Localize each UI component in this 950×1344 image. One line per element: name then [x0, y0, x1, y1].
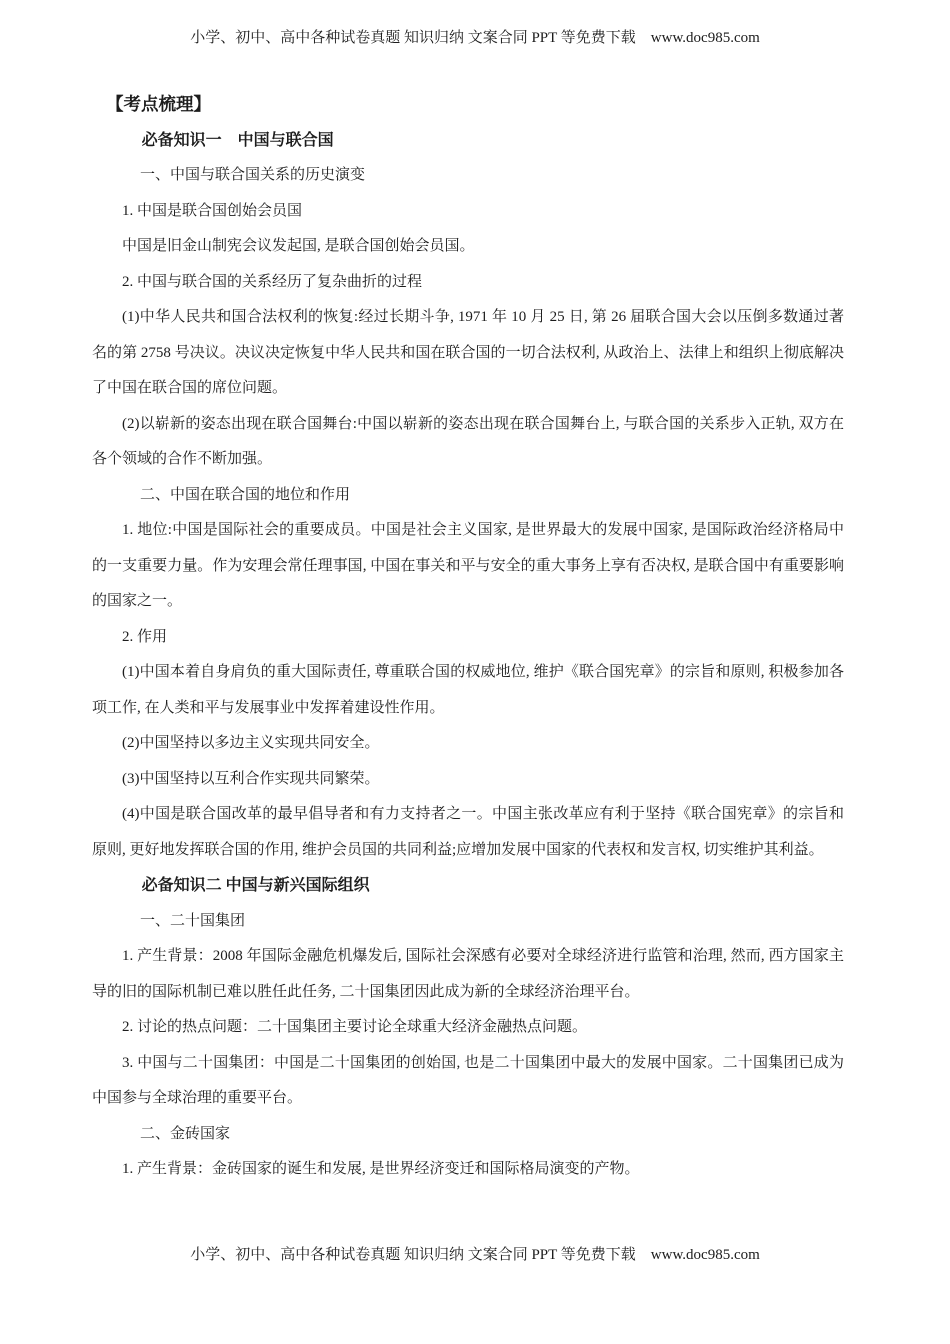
document-body: 【考点梳理】必备知识一 中国与联合国一、中国与联合国关系的历史演变1. 中国是联…: [92, 87, 844, 1188]
section-heading: 【考点梳理】: [92, 87, 844, 123]
paragraph: 1. 中国是联合国创始会员国: [92, 194, 844, 230]
paragraph: 1. 产生背景：金砖国家的诞生和发展, 是世界经济变迁和国际格局演变的产物。: [92, 1152, 844, 1188]
page-footer: 小学、初中、高中各种试卷真题 知识归纳 文案合同 PPT 等免费下载 www.d…: [0, 1245, 950, 1265]
paragraph: (2)以崭新的姿态出现在联合国舞台:中国以崭新的姿态出现在联合国舞台上, 与联合…: [92, 407, 844, 478]
paragraph: 1. 产生背景：2008 年国际金融危机爆发后, 国际社会深感有必要对全球经济进…: [92, 939, 844, 1010]
paragraph: 3. 中国与二十国集团：中国是二十国集团的创始国, 也是二十国集团中最大的发展中…: [92, 1046, 844, 1117]
paragraph: 1. 地位:中国是国际社会的重要成员。中国是社会主义国家, 是世界最大的发展中国…: [92, 513, 844, 620]
paragraph: 中国是旧金山制宪会议发起国, 是联合国创始会员国。: [92, 229, 844, 265]
section-heading: 必备知识一 中国与联合国: [92, 123, 844, 159]
paragraph: 一、二十国集团: [92, 904, 844, 940]
paragraph: (2)中国坚持以多边主义实现共同安全。: [92, 726, 844, 762]
paragraph: (1)中华人民共和国合法权利的恢复:经过长期斗争, 1971 年 10 月 25…: [92, 300, 844, 407]
paragraph: 2. 中国与联合国的关系经历了复杂曲折的过程: [92, 265, 844, 301]
paragraph: (4)中国是联合国改革的最早倡导者和有力支持者之一。中国主张改革应有利于坚持《联…: [92, 797, 844, 868]
paragraph: 二、金砖国家: [92, 1117, 844, 1153]
paragraph: (1)中国本着自身肩负的重大国际责任, 尊重联合国的权威地位, 维护《联合国宪章…: [92, 655, 844, 726]
paragraph: 二、中国在联合国的地位和作用: [92, 478, 844, 514]
section-heading: 必备知识二 中国与新兴国际组织: [92, 868, 844, 904]
page-header: 小学、初中、高中各种试卷真题 知识归纳 文案合同 PPT 等免费下载 www.d…: [0, 28, 950, 48]
paragraph: 一、中国与联合国关系的历史演变: [92, 158, 844, 194]
paragraph: 2. 作用: [92, 620, 844, 656]
paragraph: 2. 讨论的热点问题：二十国集团主要讨论全球重大经济金融热点问题。: [92, 1010, 844, 1046]
paragraph: (3)中国坚持以互利合作实现共同繁荣。: [92, 762, 844, 798]
